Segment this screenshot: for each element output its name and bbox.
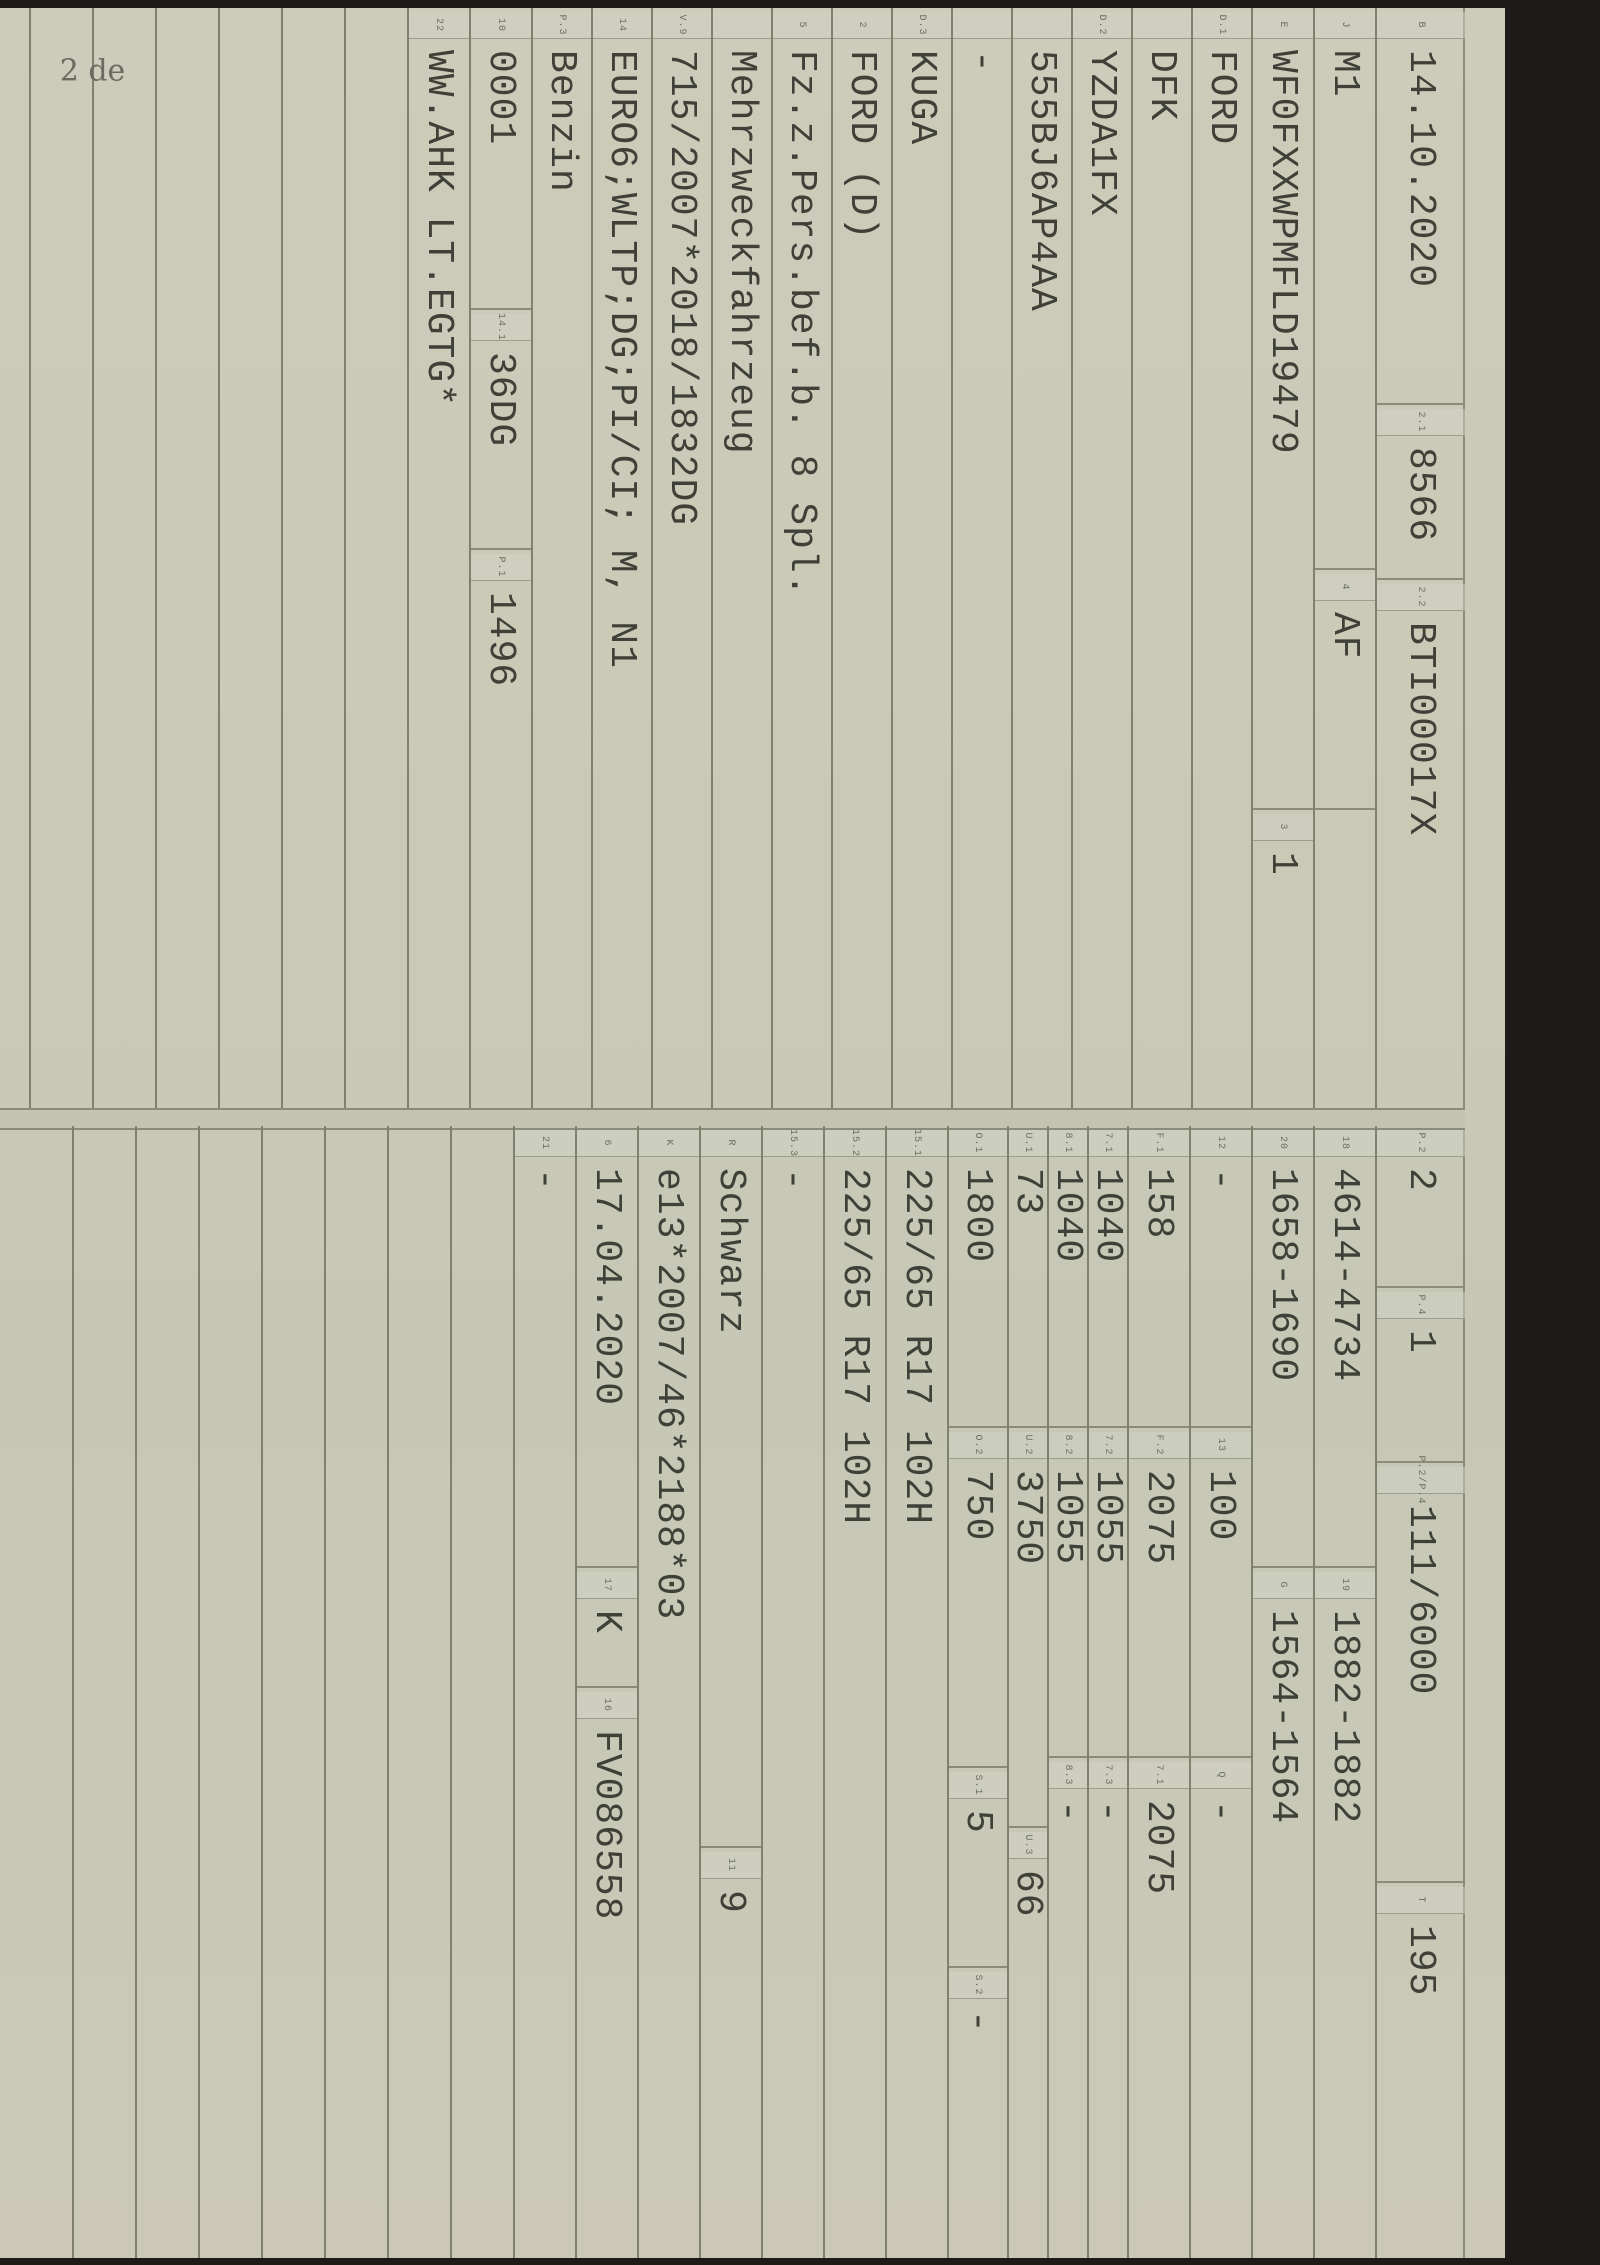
field-value: -: [1200, 1168, 1243, 1192]
field-cell: D.1FORD: [1193, 8, 1251, 1108]
field-code: F.2: [1129, 1432, 1189, 1459]
type-code: BTI00017X: [1400, 622, 1443, 836]
table-row: 21-: [513, 1126, 575, 2258]
towing-braked: 1800: [957, 1168, 1000, 1263]
field-value: 1055: [1047, 1470, 1090, 1565]
axle-load-1: 1040: [1087, 1168, 1130, 1263]
field-cell: G1564-1564: [1253, 1566, 1313, 2258]
blank-row: [324, 1126, 387, 2258]
field-cell: EWF0FXXWPMFLD19479: [1253, 8, 1313, 808]
table-row: 14EURO6;WLTP;DG;PI/CI; M, N1: [591, 8, 651, 1108]
field-code: 15.2: [825, 1130, 885, 1157]
table-row: 100001 14.136DG P.11496: [469, 8, 531, 1108]
field-code: U.3: [1009, 1832, 1047, 1859]
table-row: Ke13*2007/46*2188*03: [637, 1126, 699, 2258]
field-cell: 119: [701, 1846, 761, 2258]
field-value: -: [961, 50, 1004, 74]
field-cell: P.41: [1377, 1286, 1465, 1461]
field-code: P.3: [533, 12, 591, 39]
field-code: P.4: [1377, 1292, 1465, 1319]
table-row: 2FORD (D): [831, 8, 891, 1108]
field-code: P.1: [471, 554, 531, 581]
blank-row: [387, 1126, 450, 2258]
table-row: 8.11040 8.21055 8.3-: [1047, 1126, 1087, 2258]
field-code: 15.1: [887, 1130, 947, 1157]
field-cell: 8.21055: [1049, 1426, 1087, 1756]
field-cell: 7.11040: [1089, 1126, 1127, 1426]
field-cell: RSchwarz: [701, 1126, 761, 1846]
blank-row: [29, 8, 92, 1108]
left-half: B14.10.2020 2.18566 2.2BTI00017X JM1 4AF…: [0, 8, 1465, 1108]
table-row: RSchwarz 119: [699, 1126, 761, 2258]
blank-row: [92, 8, 155, 1108]
field-cell: 555BJ6AP4AA: [1013, 8, 1071, 1108]
field-code: 17: [577, 1572, 637, 1599]
field-cell: 15.1225/65 R17 102H: [887, 1126, 947, 2258]
right-half: P.22 P.41 P.2/P.4111/6000 T195 184614-47…: [0, 1126, 1465, 2258]
body-type: AF: [1324, 612, 1367, 660]
field-cell: P.11496: [471, 548, 531, 1108]
field-cell: [1315, 808, 1375, 1108]
axle-load-2: 1055: [1087, 1470, 1130, 1565]
table-row: V.9715/2007*2018/1832DG: [651, 8, 711, 1108]
table-row: D.1FORD: [1191, 8, 1251, 1108]
seats: 5: [957, 1810, 1000, 1834]
table-row: 15.3-: [761, 1126, 823, 2258]
colour: Schwarz: [710, 1168, 753, 1335]
blank-row: [198, 1126, 261, 2258]
field-cell: 2FORD (D): [833, 8, 891, 1108]
field-code: 15.3: [763, 1130, 823, 1157]
handwritten-note: 2 de: [60, 53, 126, 88]
field-code: 7.3: [1089, 1762, 1127, 1789]
tyres-axle-3: -: [772, 1168, 815, 1192]
field-cell: 7.12075: [1129, 1756, 1189, 2258]
table-row: P.22 P.41 P.2/P.4111/6000 T195: [1375, 1126, 1465, 2258]
field-code: D.3: [893, 12, 951, 39]
type-approval-number: e13*2007/46*2188*03: [648, 1168, 691, 1620]
field-code: V.9: [653, 12, 711, 39]
field-code: 7.2: [1089, 1432, 1127, 1459]
field-cell: P.2/P.4111/6000: [1377, 1461, 1465, 1881]
field-cell: 201658-1690: [1253, 1126, 1313, 1566]
table-row: 555BJ6AP4AA: [1011, 8, 1071, 1108]
table-row: JM1 4AF: [1313, 8, 1375, 1108]
field-code: 13: [1191, 1432, 1251, 1459]
field-cell: 13100: [1191, 1426, 1251, 1756]
field-value: 1: [1400, 1330, 1443, 1354]
table-row: D.2YZDA1FX: [1071, 8, 1131, 1108]
field-code: [1133, 12, 1191, 39]
field-code: 7.1: [1089, 1130, 1127, 1157]
table-row: 12- 13100 Q-: [1189, 1126, 1251, 2258]
blank-row: [281, 8, 344, 1108]
emission-class: EURO6;WLTP;DG;PI/CI; M, N1: [601, 50, 644, 669]
power-rpm: 111/6000: [1400, 1505, 1443, 1695]
table-row: 5Fz.z.Pers.bef.b. 8 Spl.: [771, 8, 831, 1108]
stationary-noise: 73: [1007, 1168, 1050, 1216]
field-code: U.1: [1009, 1130, 1047, 1157]
fuel-code: 0001: [480, 50, 523, 145]
tyres-axle-1: 225/65 R17 102H: [896, 1168, 939, 1525]
field-code: J: [1315, 12, 1375, 39]
table-row: 15.1225/65 R17 102H: [885, 1126, 947, 2258]
table-row: U.173 U.23750 U.366: [1007, 1126, 1047, 2258]
manufacturer: FORD (D): [841, 50, 884, 240]
field-code: 10: [471, 12, 531, 39]
noise-rpm: 3750: [1007, 1470, 1050, 1565]
field-cell: Q-: [1191, 1756, 1251, 2258]
field-code: 21: [515, 1130, 575, 1157]
field-cell: U.23750: [1009, 1426, 1047, 1826]
field-cell: 100001: [471, 8, 531, 308]
tyres-axle-2: 225/65 R17 102H: [834, 1168, 877, 1525]
field-code: 12: [1191, 1130, 1251, 1157]
blank-row: [344, 8, 407, 1108]
field-cell: D.2YZDA1FX: [1073, 8, 1131, 1108]
field-code: 11: [701, 1852, 761, 1879]
table-row: Mehrzweckfahrzeug: [711, 8, 771, 1108]
body-description: Mehrzweckfahrzeug: [721, 50, 764, 455]
colour-code: 9: [710, 1890, 753, 1914]
vehicle-class: M1: [1324, 50, 1367, 98]
field-code: T: [1377, 1887, 1465, 1914]
field-code: 2.1: [1377, 409, 1465, 436]
version: 555BJ6AP4AA: [1021, 50, 1064, 312]
table-row: B14.10.2020 2.18566 2.2BTI00017X: [1375, 8, 1465, 1108]
check-digit: 1: [1262, 852, 1305, 876]
emission-regulation: 715/2007*2018/1832DG: [661, 50, 704, 526]
field-value: -: [1200, 1800, 1243, 1824]
type: DFK: [1141, 50, 1184, 121]
field-code: 8.3: [1049, 1762, 1087, 1789]
field-value: 100: [1200, 1470, 1243, 1541]
field-code: 8.1: [1049, 1130, 1087, 1157]
manufacturer-code: 8566: [1400, 447, 1443, 542]
field-cell: Mehrzweckfahrzeug: [713, 8, 771, 1108]
field-value: 1040: [1047, 1168, 1090, 1263]
field-code: 7.1: [1129, 1762, 1189, 1789]
axle-load-3: -: [1087, 1800, 1130, 1824]
width: 1882-1882: [1324, 1610, 1367, 1824]
field-value: K: [586, 1610, 629, 1634]
field-cell: 12-: [1191, 1126, 1251, 1426]
field-cell: 5Fz.z.Pers.bef.b. 8 Spl.: [773, 8, 831, 1108]
height: 1658-1690: [1262, 1168, 1305, 1382]
field-code: 3: [1253, 814, 1313, 841]
field-code: 8.2: [1049, 1432, 1087, 1459]
first-registration-date: 14.10.2020: [1400, 50, 1443, 288]
field-code: 14: [593, 12, 651, 39]
empty-mass: 1564-1564: [1262, 1610, 1305, 1824]
vin: WF0FXXWPMFLD19479: [1262, 50, 1305, 455]
field-cell: P.22: [1377, 1126, 1465, 1286]
field-cell: 8.11040: [1049, 1126, 1087, 1426]
vehicle-category: Fz.z.Pers.bef.b. 8 Spl.: [781, 50, 824, 598]
field-cell: O.11800: [949, 1126, 1007, 1426]
field-cell: JM1: [1315, 8, 1375, 568]
field-cell: O.2750: [949, 1426, 1007, 1766]
table-row: DFK: [1131, 8, 1191, 1108]
field-cell: -: [953, 8, 1011, 1108]
field-code: G: [1253, 1572, 1313, 1599]
field-code: 6: [577, 1130, 637, 1157]
field-code: 22: [409, 12, 469, 39]
field-cell: 8.3-: [1049, 1756, 1087, 2258]
variant: YZDA1FX: [1081, 50, 1124, 217]
field-cell: 16FV086558: [577, 1686, 637, 2258]
table-row: 15.2225/65 R17 102H: [823, 1126, 885, 2258]
field-cell: U.173: [1009, 1126, 1047, 1426]
blank-row: [155, 8, 218, 1108]
table-row: 7.11040 7.21055 7.3-: [1087, 1126, 1127, 2258]
emission-code: 36DG: [480, 352, 523, 447]
registration-document: B14.10.2020 2.18566 2.2BTI00017X JM1 4AF…: [0, 8, 1505, 2258]
field-code: D.2: [1073, 12, 1131, 39]
fuel-type: Benzin: [541, 50, 584, 193]
table-row: -: [951, 8, 1011, 1108]
field-code: 4: [1315, 574, 1375, 601]
field-code: U.2: [1009, 1432, 1047, 1459]
field-cell: 191882-1882: [1315, 1566, 1375, 2258]
field-cell: 2.2BTI00017X: [1377, 578, 1465, 1108]
field-code: K: [639, 1130, 699, 1157]
field-code: 18: [1315, 1130, 1375, 1157]
blank-row: [261, 1126, 324, 2258]
table-row: 201658-1690 G1564-1564: [1251, 1126, 1313, 2258]
field-cell: F.22075: [1129, 1426, 1189, 1756]
field-code: S.2: [949, 1972, 1007, 1999]
field-cell: 17K: [577, 1566, 637, 1686]
field-code: R: [701, 1130, 761, 1157]
field-cell: 15.3-: [763, 1126, 823, 2258]
remarks: WW.AHK LT.EGTG*: [418, 50, 461, 407]
blank-row: [0, 8, 29, 1108]
table-row: O.11800 O.2750 S.15 S.2-: [947, 1126, 1007, 2258]
field-code: P.2: [1377, 1130, 1465, 1157]
field-value: -: [1047, 1800, 1090, 1824]
field-cell: Ke13*2007/46*2188*03: [639, 1126, 699, 2258]
length: 4614-4734: [1324, 1168, 1367, 1382]
table-row: P.3Benzin: [531, 8, 591, 1108]
field-cell: 7.3-: [1089, 1756, 1127, 2258]
field-code: O.1: [949, 1130, 1007, 1157]
blank-row: [450, 1126, 513, 2258]
field-value: -: [524, 1168, 567, 1192]
field-code: 20: [1253, 1130, 1313, 1157]
field-code: [953, 12, 1011, 39]
table-row: D.3KUGA: [891, 8, 951, 1108]
top-strip: [1463, 8, 1505, 2258]
towing-unbraked: 750: [957, 1470, 1000, 1541]
field-code: 16: [577, 1692, 637, 1719]
trade-name: KUGA: [901, 50, 944, 145]
blank-row: [72, 1126, 135, 2258]
field-cell: P.3Benzin: [533, 8, 591, 1108]
field-cell: 14EURO6;WLTP;DG;PI/CI; M, N1: [593, 8, 651, 1108]
field-cell: 2.18566: [1377, 403, 1465, 578]
field-cell: 22WW.AHK LT.EGTG*: [409, 8, 469, 1108]
field-cell: 15.2225/65 R17 102H: [825, 1126, 885, 2258]
field-value: 2: [1400, 1168, 1443, 1192]
blank-row: [218, 8, 281, 1108]
field-code: [713, 12, 771, 39]
field-cell: DFK: [1133, 8, 1191, 1108]
table-row: 22WW.AHK LT.EGTG*: [407, 8, 469, 1108]
max-mass: 2075: [1138, 1470, 1181, 1565]
field-cell: U.366: [1009, 1826, 1047, 2258]
field-code: O.2: [949, 1432, 1007, 1459]
field-cell: S.15: [949, 1766, 1007, 1966]
field-cell: 31: [1253, 808, 1313, 1108]
field-cell: T195: [1377, 1881, 1465, 2258]
field-code: F.1: [1129, 1130, 1189, 1157]
field-code: 19: [1315, 1572, 1375, 1599]
field-cell: 21-: [515, 1126, 575, 2258]
field-code: E: [1253, 12, 1313, 39]
table-row: EWF0FXXWPMFLD19479 31: [1251, 8, 1313, 1108]
field-code: Q: [1191, 1762, 1251, 1789]
field-cell: S.2-: [949, 1966, 1007, 2258]
field-code: 14.1: [471, 314, 531, 341]
field-code: P.2/P.4: [1377, 1467, 1465, 1494]
field-code: D.1: [1193, 12, 1251, 39]
standing-places: -: [957, 2010, 1000, 2034]
field-value: 158: [1138, 1168, 1181, 1239]
table-row: 617.04.2020 17K 16FV086558: [575, 1126, 637, 2258]
displacement: 1496: [480, 592, 523, 687]
field-code: [1013, 12, 1071, 39]
field-value: 2075: [1138, 1800, 1181, 1895]
field-code: 2.2: [1377, 584, 1465, 611]
field-code: 2: [833, 12, 891, 39]
field-cell: 184614-4734: [1315, 1126, 1375, 1566]
document-number: FV086558: [586, 1730, 629, 1920]
field-cell: F.1158: [1129, 1126, 1189, 1426]
field-code: 5: [773, 12, 831, 39]
make: FORD: [1201, 50, 1244, 145]
table-row: 184614-4734 191882-1882: [1313, 1126, 1375, 2258]
field-code: S.1: [949, 1772, 1007, 1799]
field-cell: B14.10.2020: [1377, 8, 1465, 403]
max-speed: 195: [1400, 1925, 1443, 1996]
field-cell: 7.21055: [1089, 1426, 1127, 1756]
approval-date: 17.04.2020: [586, 1168, 629, 1406]
field-cell: 14.136DG: [471, 308, 531, 548]
field-cell: D.3KUGA: [893, 8, 951, 1108]
field-cell: 4AF: [1315, 568, 1375, 808]
field-cell: 617.04.2020: [577, 1126, 637, 1566]
drive-noise: 66: [1007, 1870, 1050, 1918]
field-code: B: [1377, 12, 1465, 39]
table-row: F.1158 F.22075 7.12075: [1127, 1126, 1189, 2258]
blank-row: [135, 1126, 198, 2258]
field-cell: V.9715/2007*2018/1832DG: [653, 8, 711, 1108]
